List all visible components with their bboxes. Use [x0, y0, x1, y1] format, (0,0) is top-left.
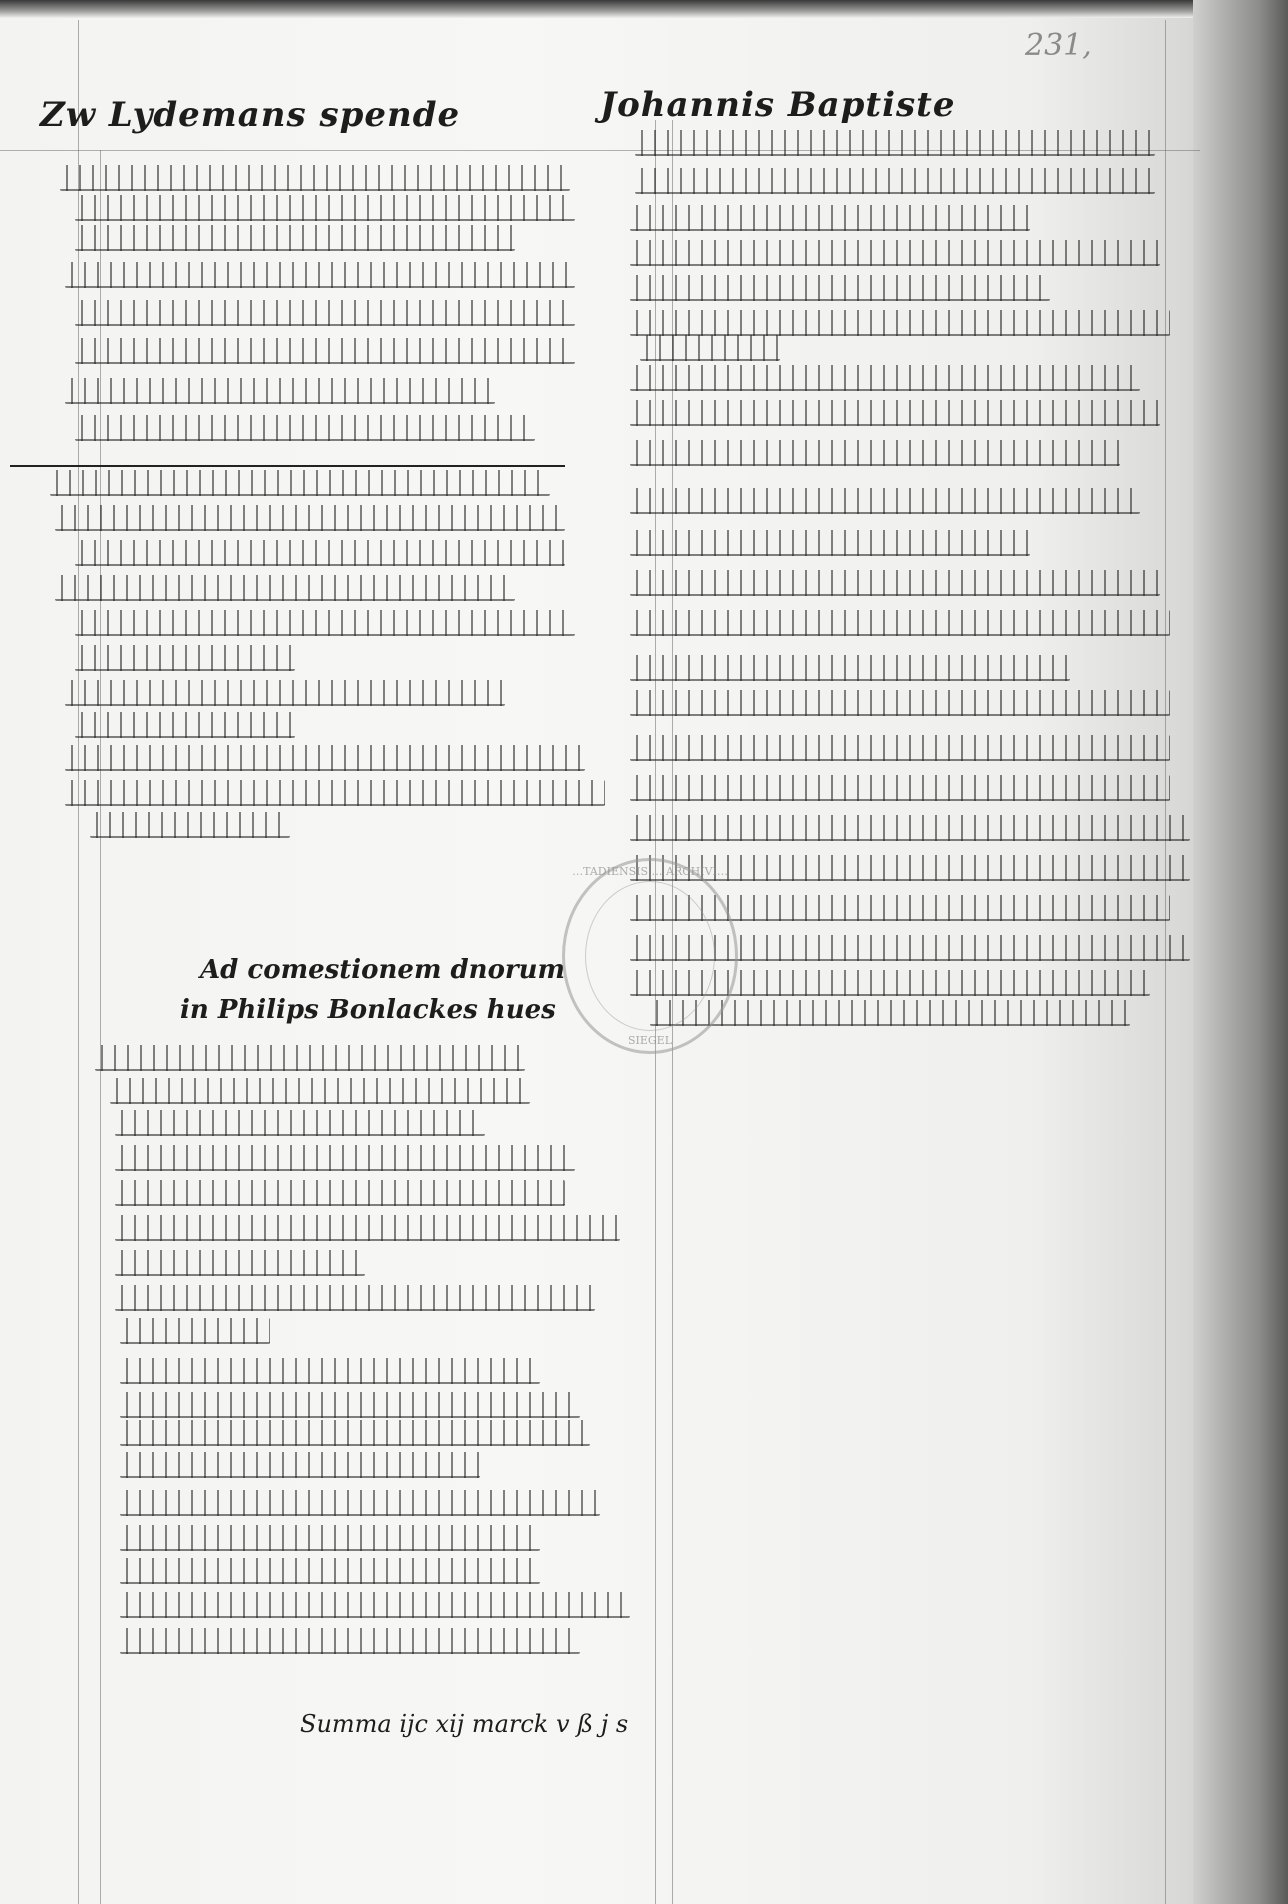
entry-line [110, 1078, 530, 1104]
sum-total-line: Summa ijc xij marck v ß j s [300, 1710, 628, 1738]
entry-line [120, 1452, 480, 1478]
entry-line [75, 338, 575, 364]
seal-text-top: …TADIENSIS … ARCHIVI… [565, 865, 735, 878]
entry-line [630, 530, 1030, 556]
entry-line [120, 1628, 580, 1654]
entry-line [630, 690, 1170, 716]
folio-number: 231, [1025, 28, 1092, 63]
entry-line [65, 378, 495, 404]
entry-line [55, 505, 565, 531]
right-margin-rule [1165, 20, 1166, 1904]
entry-line [90, 812, 290, 838]
entry-line [115, 1180, 565, 1206]
entry-line [75, 610, 575, 636]
subsection-heading-line-2: in Philips Bonlackes hues [180, 995, 556, 1025]
entry-line [630, 735, 1170, 761]
entry-line [630, 400, 1160, 426]
entry-line [120, 1392, 580, 1418]
entry-line [120, 1318, 270, 1344]
entry-line [115, 1215, 620, 1241]
entry-line [75, 540, 565, 566]
entry-line [635, 130, 1155, 156]
entry-line [75, 225, 515, 251]
entry-line [75, 300, 575, 326]
entry-line [630, 205, 1030, 231]
entry-line [75, 195, 575, 221]
left-column-rule [100, 150, 101, 1904]
entry-line [120, 1525, 540, 1551]
entry-line [120, 1490, 600, 1516]
entry-line [55, 575, 515, 601]
entry-line [75, 415, 535, 441]
manuscript-page: 231, Zw Lydemans spende Johannis Baptist… [0, 0, 1288, 1904]
right-heading: Johannis Baptiste [600, 85, 956, 125]
entry-line [115, 1145, 575, 1171]
seal-inner-ring [585, 881, 715, 1031]
entry-line [630, 610, 1170, 636]
entry-line [50, 470, 550, 496]
entry-line [630, 570, 1160, 596]
entry-line [75, 712, 295, 738]
left-heading: Zw Lydemans spende [40, 95, 460, 135]
entry-line [95, 1045, 525, 1071]
section-divider-strike [10, 465, 565, 467]
entry-line [115, 1285, 595, 1311]
entry-line [65, 745, 585, 771]
entry-line [120, 1592, 630, 1618]
entry-line [630, 488, 1140, 514]
entry-line [630, 275, 1050, 301]
entry-line [120, 1420, 590, 1446]
entry-line [65, 680, 505, 706]
entry-line [115, 1110, 485, 1136]
entry-line [60, 165, 570, 191]
entry-line [75, 645, 295, 671]
entry-line [120, 1358, 540, 1384]
entry-line [630, 775, 1170, 801]
entry-line [630, 240, 1160, 266]
entry-line [630, 310, 1170, 336]
entry-line [640, 335, 780, 361]
entry-line [120, 1558, 540, 1584]
archive-seal-stamp: …TADIENSIS … ARCHIVI… SIEGEL [562, 858, 738, 1054]
entry-line [65, 780, 605, 806]
entry-line [115, 1250, 365, 1276]
entry-line [630, 365, 1140, 391]
seal-text-bottom: SIEGEL [565, 1034, 735, 1047]
book-spine-edge [1193, 0, 1288, 1904]
subsection-heading-line-1: Ad comestionem dnorum [200, 955, 565, 985]
entry-line [630, 440, 1120, 466]
entry-line [630, 655, 1070, 681]
page-top-edge [0, 0, 1288, 18]
entry-line [635, 168, 1155, 194]
entry-line [65, 262, 575, 288]
entry-line [630, 815, 1190, 841]
